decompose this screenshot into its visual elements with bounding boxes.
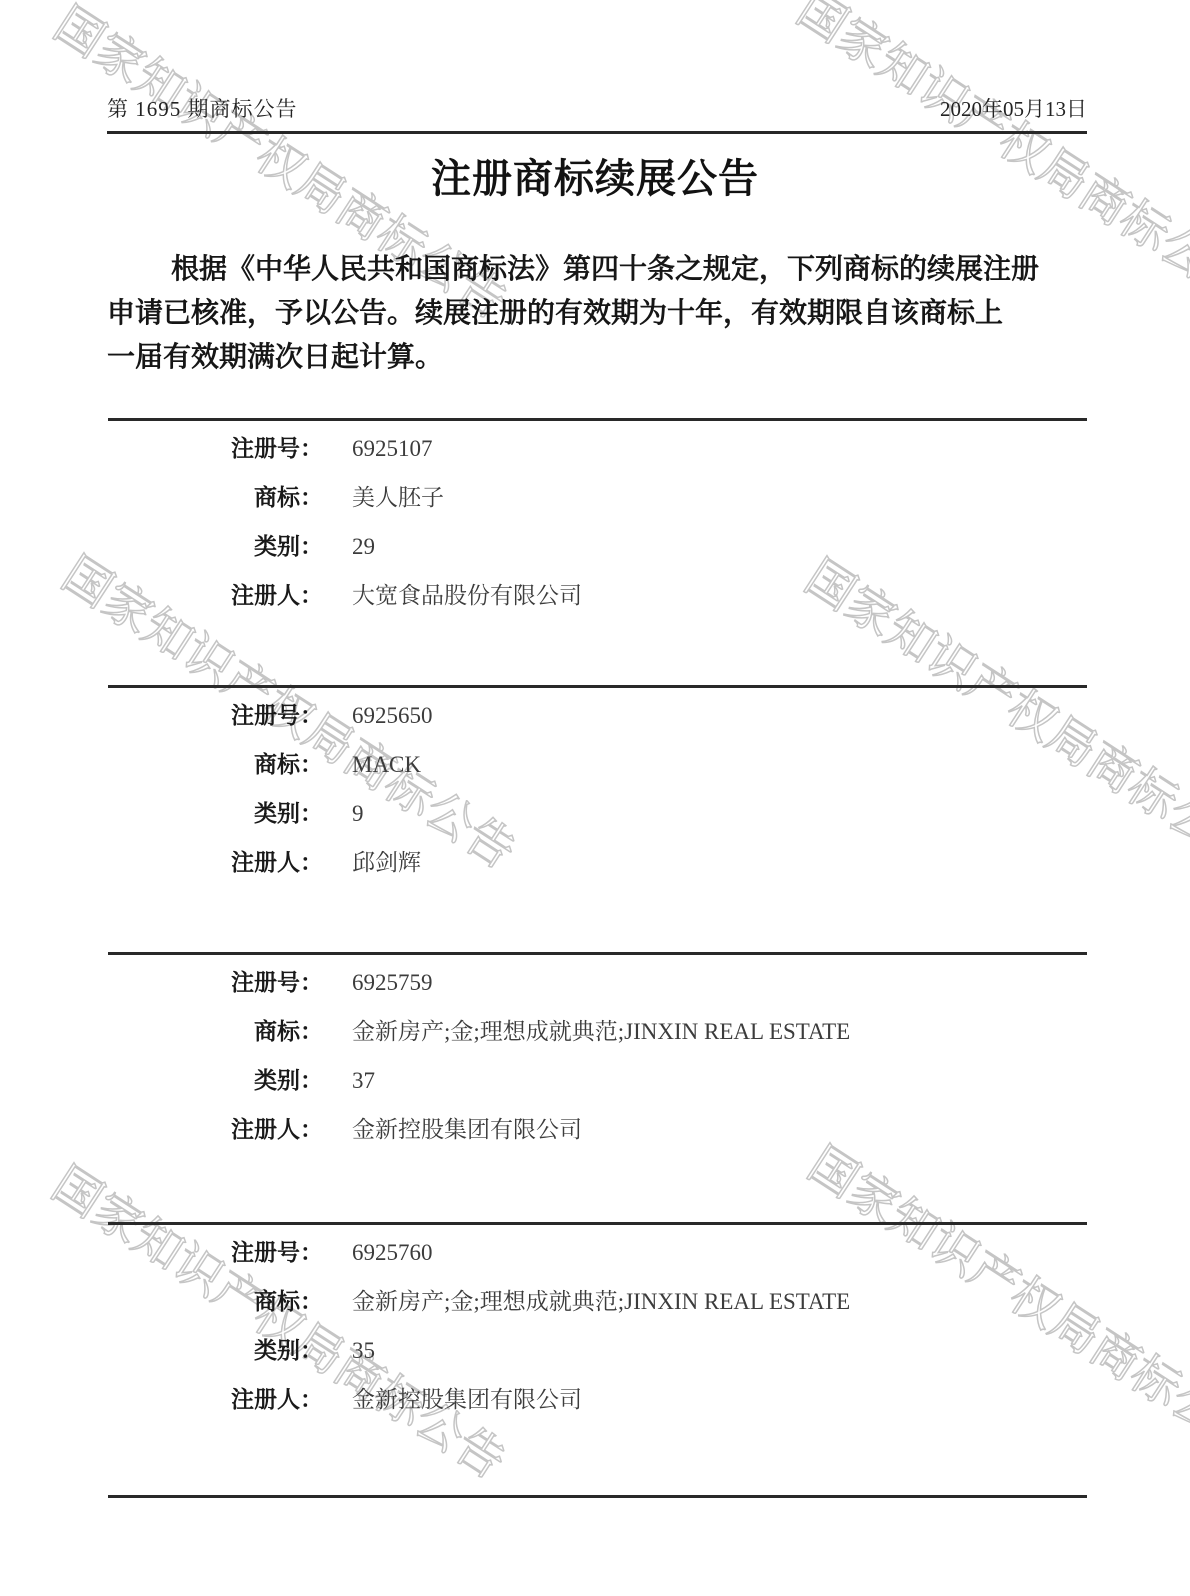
- reg-no-value: 6925759: [352, 969, 433, 996]
- class-label: 类别：: [108, 1337, 323, 1364]
- trademark-label: 商标：: [108, 1018, 323, 1045]
- field-row: 注册人： 金新控股集团有限公司: [108, 1386, 1087, 1435]
- bottom-rule: [108, 1495, 1087, 1498]
- gazette-page: 第 1695 期商标公告 2020年05月13日 注册商标续展公告 根据《中华人…: [0, 0, 1190, 1596]
- reg-no-value: 6925107: [352, 435, 433, 462]
- gazette-entry: 注册号： 6925759 商标： 金新房产;金;理想成就典范;JINXIN RE…: [108, 952, 1087, 1222]
- field-row: 注册号： 6925759: [108, 969, 1087, 1018]
- field-row: 商标： MACK: [108, 751, 1087, 800]
- field-row: 商标： 金新房产;金;理想成就典范;JINXIN REAL ESTATE: [108, 1288, 1087, 1337]
- gazette-entry: 注册号： 6925107 商标： 美人胚子 类别： 29 注册人： 大宽食品股份…: [108, 418, 1087, 685]
- field-row: 注册号： 6925760: [108, 1239, 1087, 1288]
- reg-no-label: 注册号：: [108, 435, 323, 462]
- class-value: 29: [352, 533, 375, 560]
- trademark-value: 金新房产;金;理想成就典范;JINXIN REAL ESTATE: [352, 1288, 850, 1315]
- trademark-label: 商标：: [108, 484, 323, 511]
- entry-list: 注册号： 6925107 商标： 美人胚子 类别： 29 注册人： 大宽食品股份…: [108, 418, 1087, 1498]
- field-row: 注册人： 邱剑辉: [108, 849, 1087, 898]
- intro-paragraph: 根据《中华人民共和国商标法》第四十条之规定，下列商标的续展注册 申请已核准，予以…: [107, 247, 1087, 379]
- registrant-value: 大宽食品股份有限公司: [352, 582, 582, 609]
- reg-no-value: 6925650: [352, 702, 433, 729]
- class-label: 类别：: [108, 533, 323, 560]
- class-value: 35: [352, 1337, 375, 1364]
- registrant-label: 注册人：: [108, 1116, 323, 1143]
- field-row: 注册号： 6925650: [108, 702, 1087, 751]
- intro-line: 根据《中华人民共和国商标法》第四十条之规定，下列商标的续展注册: [107, 247, 1087, 291]
- class-value: 37: [352, 1067, 375, 1094]
- field-row: 注册人： 金新控股集团有限公司: [108, 1116, 1087, 1165]
- registrant-value: 金新控股集团有限公司: [352, 1116, 582, 1143]
- gazette-entry: 注册号： 6925760 商标： 金新房产;金;理想成就典范;JINXIN RE…: [108, 1222, 1087, 1495]
- field-row: 商标： 金新房产;金;理想成就典范;JINXIN REAL ESTATE: [108, 1018, 1087, 1067]
- trademark-value: 美人胚子: [352, 484, 444, 511]
- reg-no-label: 注册号：: [108, 969, 323, 996]
- trademark-value: MACK: [352, 751, 421, 778]
- page-title: 注册商标续展公告: [0, 147, 1190, 204]
- header-rule: [107, 131, 1087, 134]
- trademark-value: 金新房产;金;理想成就典范;JINXIN REAL ESTATE: [352, 1018, 850, 1045]
- field-row: 注册号： 6925107: [108, 435, 1087, 484]
- field-row: 类别： 37: [108, 1067, 1087, 1116]
- field-row: 注册人： 大宽食品股份有限公司: [108, 582, 1087, 631]
- registrant-value: 邱剑辉: [352, 849, 421, 876]
- reg-no-label: 注册号：: [108, 1239, 323, 1266]
- gazette-date: 2020年05月13日: [940, 93, 1087, 123]
- class-value: 9: [352, 800, 364, 827]
- registrant-label: 注册人：: [108, 1386, 323, 1413]
- field-row: 商标： 美人胚子: [108, 484, 1087, 533]
- registrant-label: 注册人：: [108, 849, 323, 876]
- class-label: 类别：: [108, 1067, 323, 1094]
- field-row: 类别： 35: [108, 1337, 1087, 1386]
- field-row: 类别： 9: [108, 800, 1087, 849]
- reg-no-label: 注册号：: [108, 702, 323, 729]
- gazette-issue-label: 第 1695 期商标公告: [107, 93, 298, 123]
- registrant-label: 注册人：: [108, 582, 323, 609]
- reg-no-value: 6925760: [352, 1239, 433, 1266]
- gazette-entry: 注册号： 6925650 商标： MACK 类别： 9 注册人： 邱剑辉: [108, 685, 1087, 952]
- trademark-label: 商标：: [108, 1288, 323, 1315]
- intro-line: 一届有效期满次日起计算。: [107, 335, 1087, 379]
- field-row: 类别： 29: [108, 533, 1087, 582]
- class-label: 类别：: [108, 800, 323, 827]
- registrant-value: 金新控股集团有限公司: [352, 1386, 582, 1413]
- trademark-label: 商标：: [108, 751, 323, 778]
- intro-line: 申请已核准，予以公告。续展注册的有效期为十年，有效期限自该商标上: [107, 291, 1087, 335]
